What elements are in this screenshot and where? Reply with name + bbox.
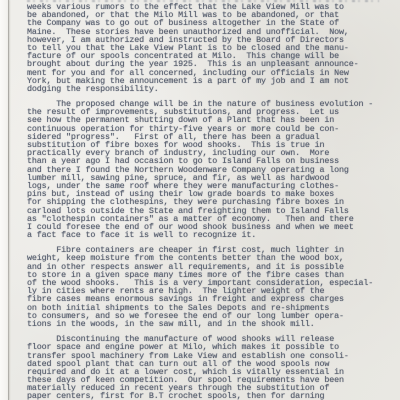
paper-edge-strip bbox=[0, 0, 8, 400]
scanned-letter-page: weeks various rumors to the effect that … bbox=[0, 0, 400, 400]
text-line: dodging the responsibility. bbox=[27, 85, 397, 93]
paper-fold-line bbox=[8, 0, 9, 400]
text-line: a fact face to face it is well to recogn… bbox=[27, 231, 397, 239]
paragraph: weeks various rumors to the effect that … bbox=[27, 3, 397, 93]
text-line: paper centers, first for B.T crochet spo… bbox=[27, 392, 397, 400]
text-line: tions in the woods, in the saw mill, and… bbox=[27, 320, 397, 328]
document-body: weeks various rumors to the effect that … bbox=[27, 3, 397, 400]
paragraph: The proposed change will be in the natur… bbox=[27, 93, 397, 239]
paragraph: Fibre containers are cheaper in first co… bbox=[27, 239, 397, 328]
paragraph: Discontinuing the manufacture of wood sh… bbox=[27, 328, 397, 400]
